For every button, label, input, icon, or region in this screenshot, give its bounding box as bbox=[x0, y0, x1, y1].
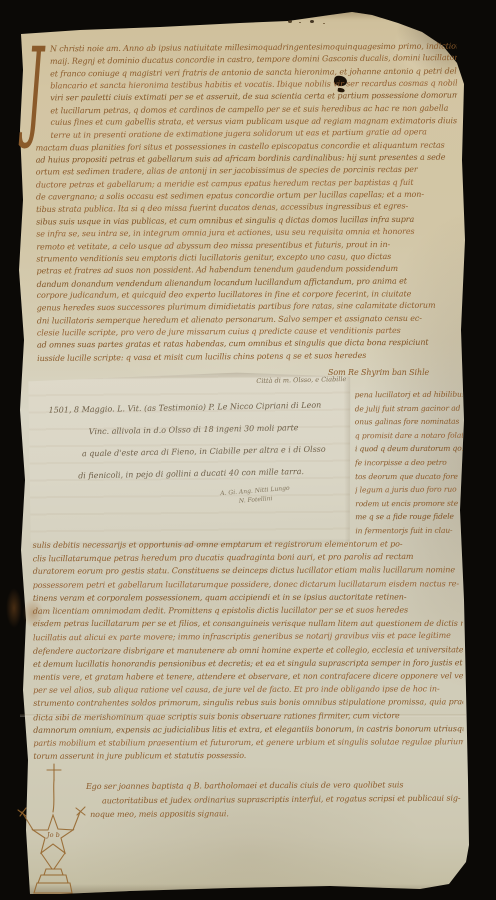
note-signature: A. Gi. Ang. Nitti LungoN. Fotellini bbox=[195, 482, 316, 509]
manuscript-text-line: q promisit dare a notaro folate bbox=[355, 428, 463, 442]
manuscript-photo: J N christi noie am. Anno ab ipsius nati… bbox=[0, 0, 496, 900]
manuscript-text-line: fe incorpisse a deo petro bbox=[355, 456, 463, 470]
main-text-right-column: pena lucillatorj et ad hibilibusde julij… bbox=[355, 388, 464, 538]
manuscript-text-line: dicta sibi de merishominum quae scriptis… bbox=[33, 708, 463, 724]
manuscript-text-line: corpore judicandum, et quicquid deo expe… bbox=[37, 288, 459, 302]
manuscript-text-line: me q se a fide rouge fidele bbox=[355, 510, 463, 524]
pedestal-step bbox=[44, 869, 63, 875]
notary-monogram: Jo b bbox=[45, 831, 60, 839]
notary-sign-icon: Jo b bbox=[16, 760, 100, 898]
note-body: 1501, 8 Maggio. L. Vit. (as Testimonio) … bbox=[48, 396, 344, 487]
archival-note: Città di m. Olsso, e Ciabille 1501, 8 Ma… bbox=[26, 372, 352, 548]
manuscript-text-line: in fermentorjs fuit in clau- bbox=[355, 524, 463, 538]
manuscript-text-line: defendere auctorizare disbrigare et manu… bbox=[33, 643, 463, 658]
notarial-subscription: Ego ser joannes baptista q B. bartholoma… bbox=[86, 778, 464, 821]
pedestal-step bbox=[34, 883, 72, 893]
manuscript-text-line: possessorem petri et gabellarum lucillat… bbox=[33, 577, 463, 592]
manuscript-text-line: dam licentiam omnimodam dedit. Promitten… bbox=[33, 603, 463, 618]
main-text-lower: sulis debitis necessarijs et opportunis … bbox=[33, 537, 464, 763]
main-text-upper: N christi noie am. Anno ab ipsius natiui… bbox=[35, 41, 459, 365]
stem-line bbox=[53, 780, 54, 812]
manuscript-text-line: tos deorum que ducato fore bbox=[355, 469, 463, 483]
manuscript-text-line: i quod q deum duratorum qo. bbox=[355, 442, 463, 456]
manuscript-text-line: pena lucillatorj et ad hibilibus bbox=[355, 388, 463, 402]
note-place-line: Città di m. Olsso, e Ciabille bbox=[256, 375, 346, 385]
manuscript-text-line: auctoritatibus et judex ordinarius supra… bbox=[102, 791, 464, 808]
manuscript-text-line: noque meo, meis appositis signaui. bbox=[90, 806, 320, 821]
manuscript-text-line: de julij fuit stram gacinor ad bbox=[355, 401, 463, 415]
manuscript-text-line: onus galinas fore nominatas bbox=[355, 415, 463, 429]
manuscript-text-line: rodem ut encis promore ste bbox=[355, 496, 463, 510]
right-ray bbox=[73, 807, 85, 830]
pedestal-step bbox=[38, 875, 68, 883]
manuscript-text-line: duratorem eorum pro gestis statu. Consti… bbox=[33, 564, 463, 579]
ink-specks bbox=[288, 20, 292, 23]
left-ray bbox=[18, 808, 33, 830]
manuscript-text-line: partis mobilium et stabilium praesentium… bbox=[33, 735, 463, 750]
rust-stain bbox=[6, 588, 22, 628]
lower-taper bbox=[41, 853, 65, 869]
manuscript-text-line: j legum a juris duo foro ruo bbox=[355, 483, 463, 497]
